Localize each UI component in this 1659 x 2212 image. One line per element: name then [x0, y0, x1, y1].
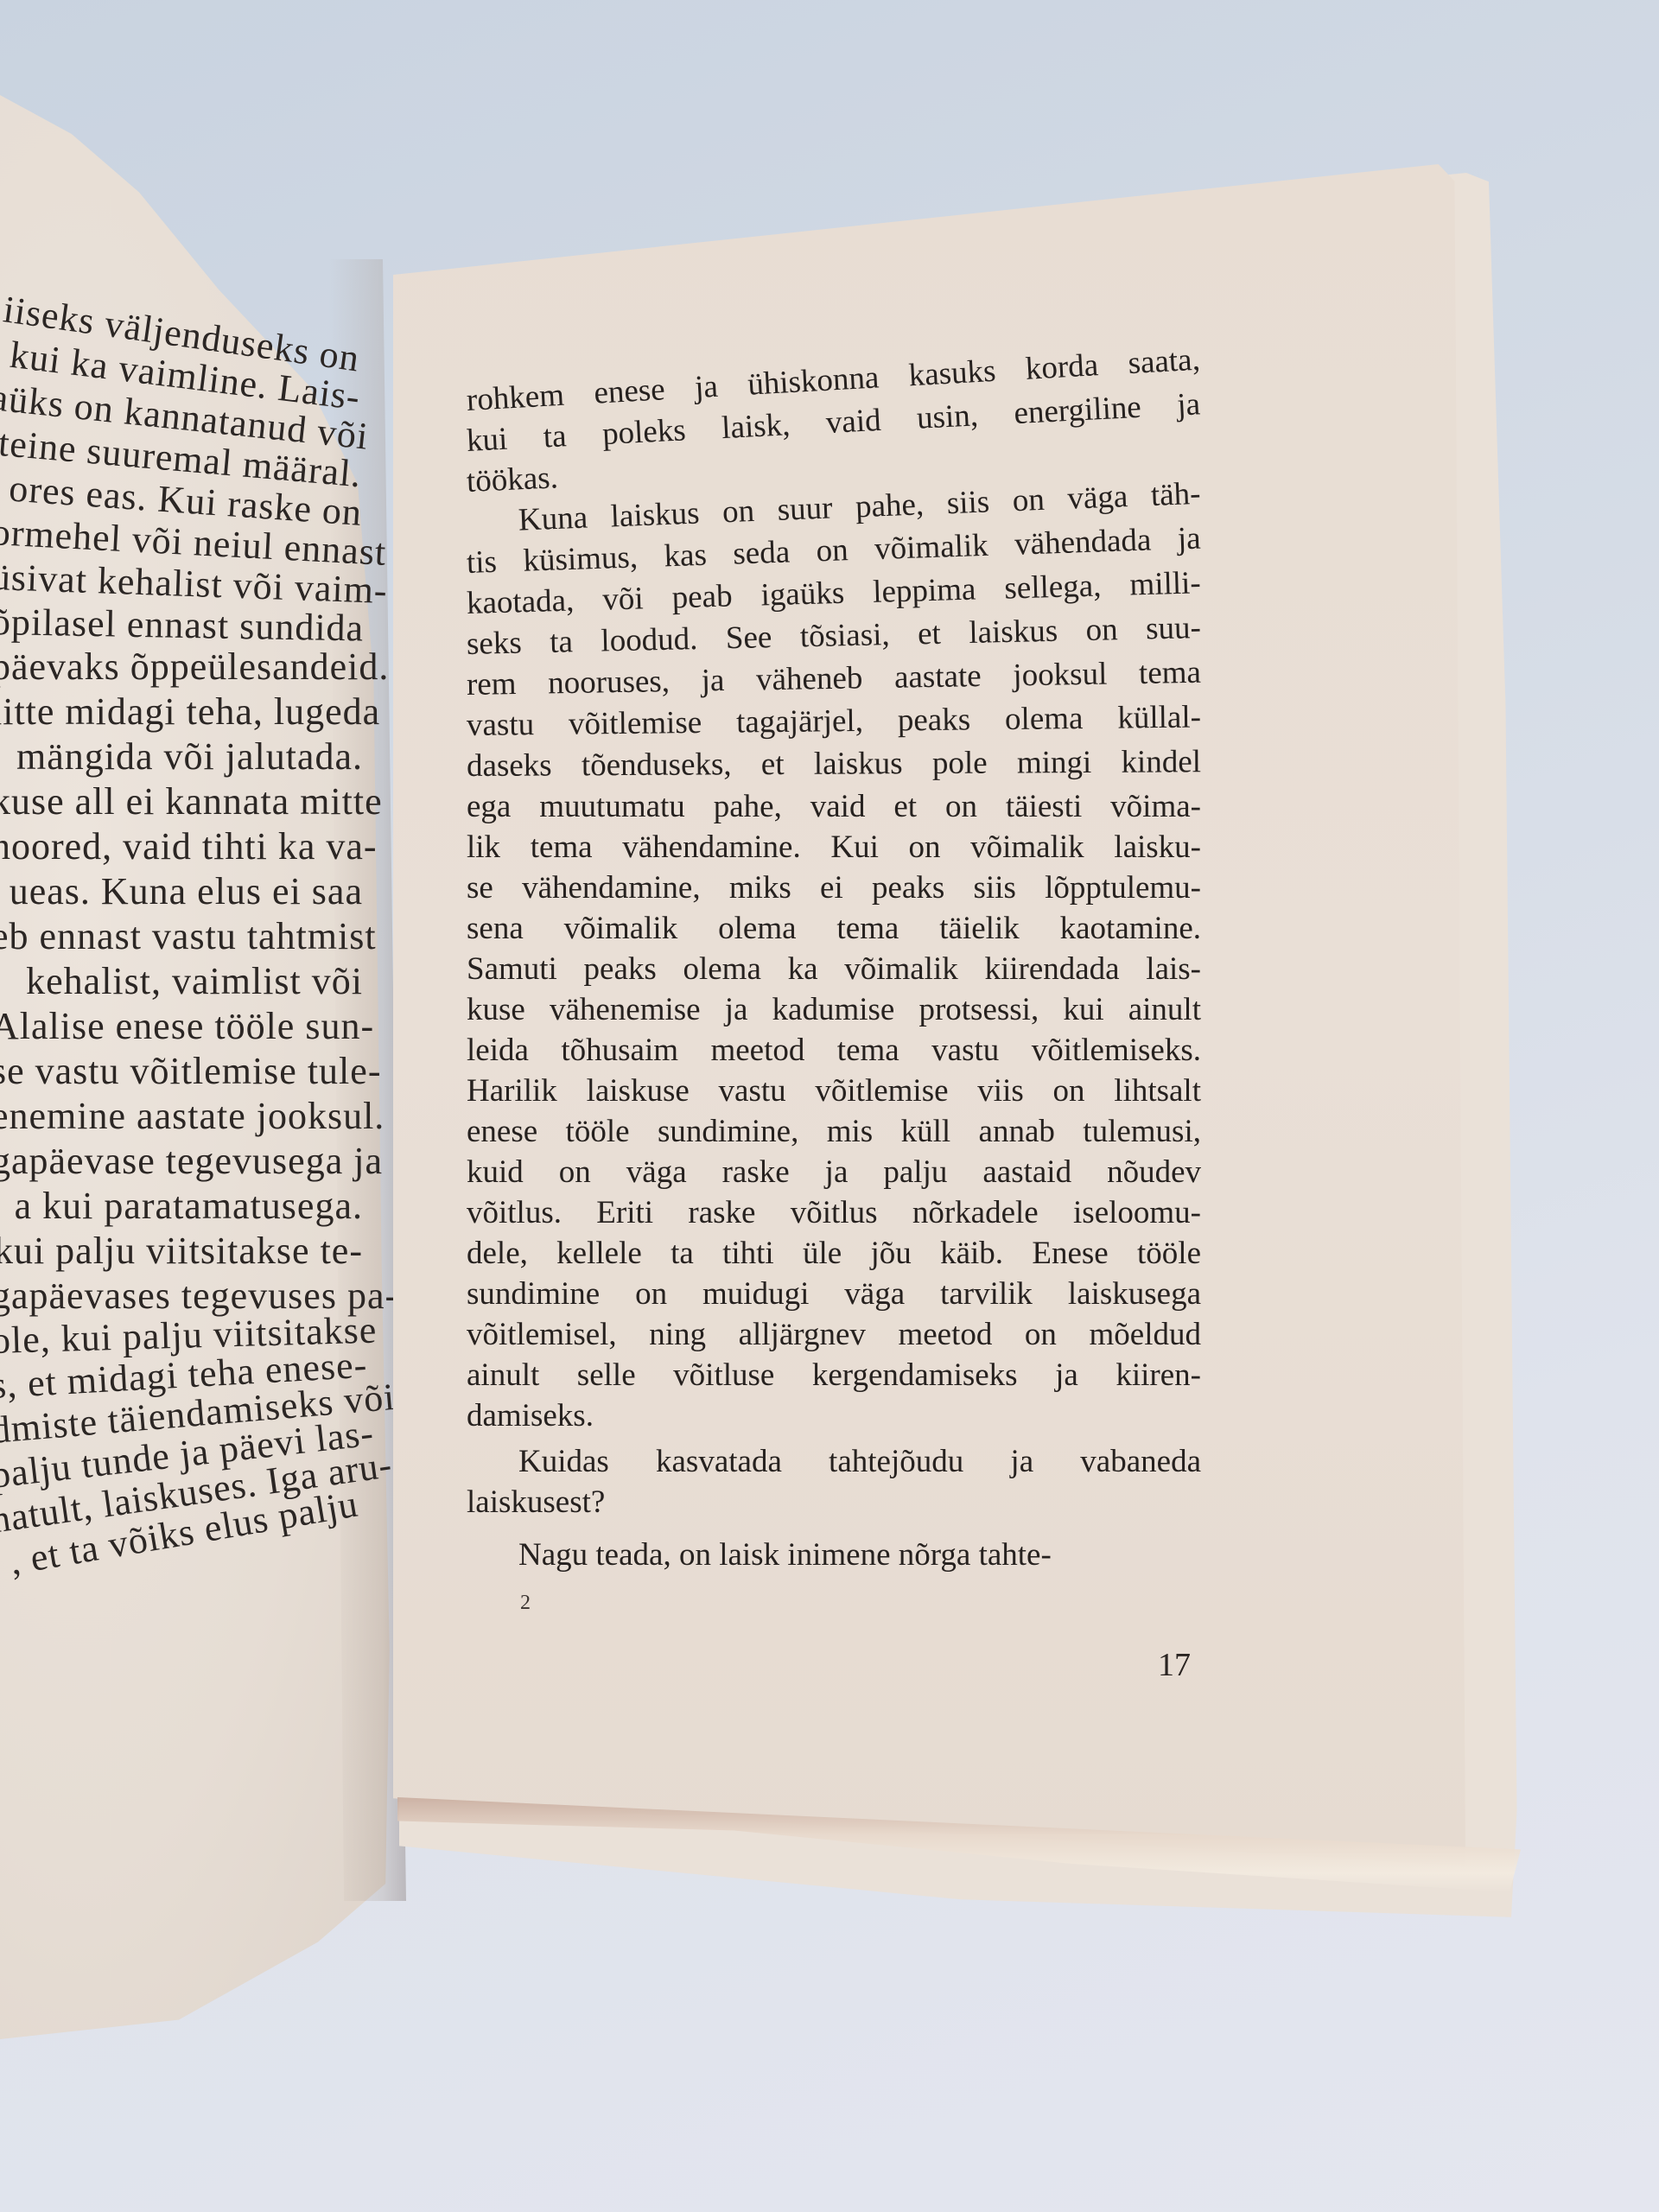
left-page-text: iiseks väljenduseks onkui ka vaimline. L… — [0, 285, 363, 1588]
text-line: sena võimalik olema tema täielik kaotami… — [467, 908, 1201, 949]
text-line: ueas. Kuna elus ei saa — [0, 869, 363, 914]
text-line: lik tema vähendamine. Kui on võimalik la… — [467, 827, 1201, 868]
photo-scene: iiseks väljenduseks onkui ka vaimline. L… — [0, 0, 1659, 2212]
text-line: õpilasel ennast sundida — [0, 600, 363, 651]
text-line: enemine aastate jooksul. — [0, 1094, 363, 1139]
text-line: a kui paratamatusega. — [0, 1184, 363, 1229]
text-line: noored, vaid tihti ka va- — [0, 824, 363, 869]
text-line: Nagu teada, on laisk inimene nõrga tahte… — [467, 1535, 1201, 1575]
text-line: vastu võitlemise tagajärjel, peaks olema… — [467, 697, 1201, 746]
text-line: Harilik laiskuse vastu võitlemise viis o… — [467, 1071, 1201, 1111]
text-line: Samuti peaks olema ka võimalik kiirendad… — [467, 949, 1201, 989]
text-line: päevaks õppeülesandeid. — [0, 645, 363, 690]
text-line: kuse all ei kannata mitte — [0, 779, 363, 824]
text-line: Kuidas kasvatada tahtejõudu ja vabaneda — [467, 1441, 1201, 1482]
text-line: se vastu võitlemise tule- — [0, 1049, 363, 1094]
text-line: eb ennast vastu tahtmist — [0, 914, 363, 959]
text-line: enese tööle sundimine, mis küll annab tu… — [467, 1111, 1201, 1152]
text-line: kui palju viitsitakse te- — [0, 1229, 363, 1274]
right-page-text: rohkem enese ja ühiskonna kasuks korda s… — [467, 380, 1201, 1575]
signature-mark: 2 — [520, 1592, 531, 1615]
text-line: daseks tõenduseks, et laiskus pole mingi… — [467, 741, 1201, 786]
text-line: võitlemisel, ning alljärgnev meetod on m… — [467, 1314, 1201, 1355]
text-line: võitlus. Eriti raske võitlus nõrkadele i… — [467, 1192, 1201, 1233]
text-line: sundimine on muidugi väga tarvilik laisk… — [467, 1274, 1201, 1314]
text-line: iitte midagi teha, lugeda — [0, 690, 363, 734]
text-line: laiskusest? — [467, 1482, 1201, 1522]
text-line: kuid on väga raske ja palju aastaid nõud… — [467, 1152, 1201, 1192]
text-line: kehalist, vaimlist või — [0, 959, 363, 1004]
text-line: damiseks. — [467, 1395, 1201, 1436]
text-line: kuse vähenemise ja kadumise protsessi, k… — [467, 989, 1201, 1030]
text-line: Alalise enese tööle sun- — [0, 1004, 363, 1049]
page-number: 17 — [1158, 1646, 1191, 1684]
text-line: gapäevase tegevusega ja — [0, 1139, 363, 1184]
text-line: mängida või jalutada. — [0, 734, 363, 779]
text-line: ainult selle võitluse kergendamiseks ja … — [467, 1355, 1201, 1395]
text-line: leida tõhusaim meetod tema vastu võitlem… — [467, 1030, 1201, 1071]
text-line: ega muutumatu pahe, vaid et on täiesti v… — [467, 786, 1201, 827]
text-line: dele, kellele ta tihti üle jõu käib. Ene… — [467, 1233, 1201, 1274]
text-line: se vähendamine, miks ei peaks siis lõppt… — [467, 868, 1201, 908]
